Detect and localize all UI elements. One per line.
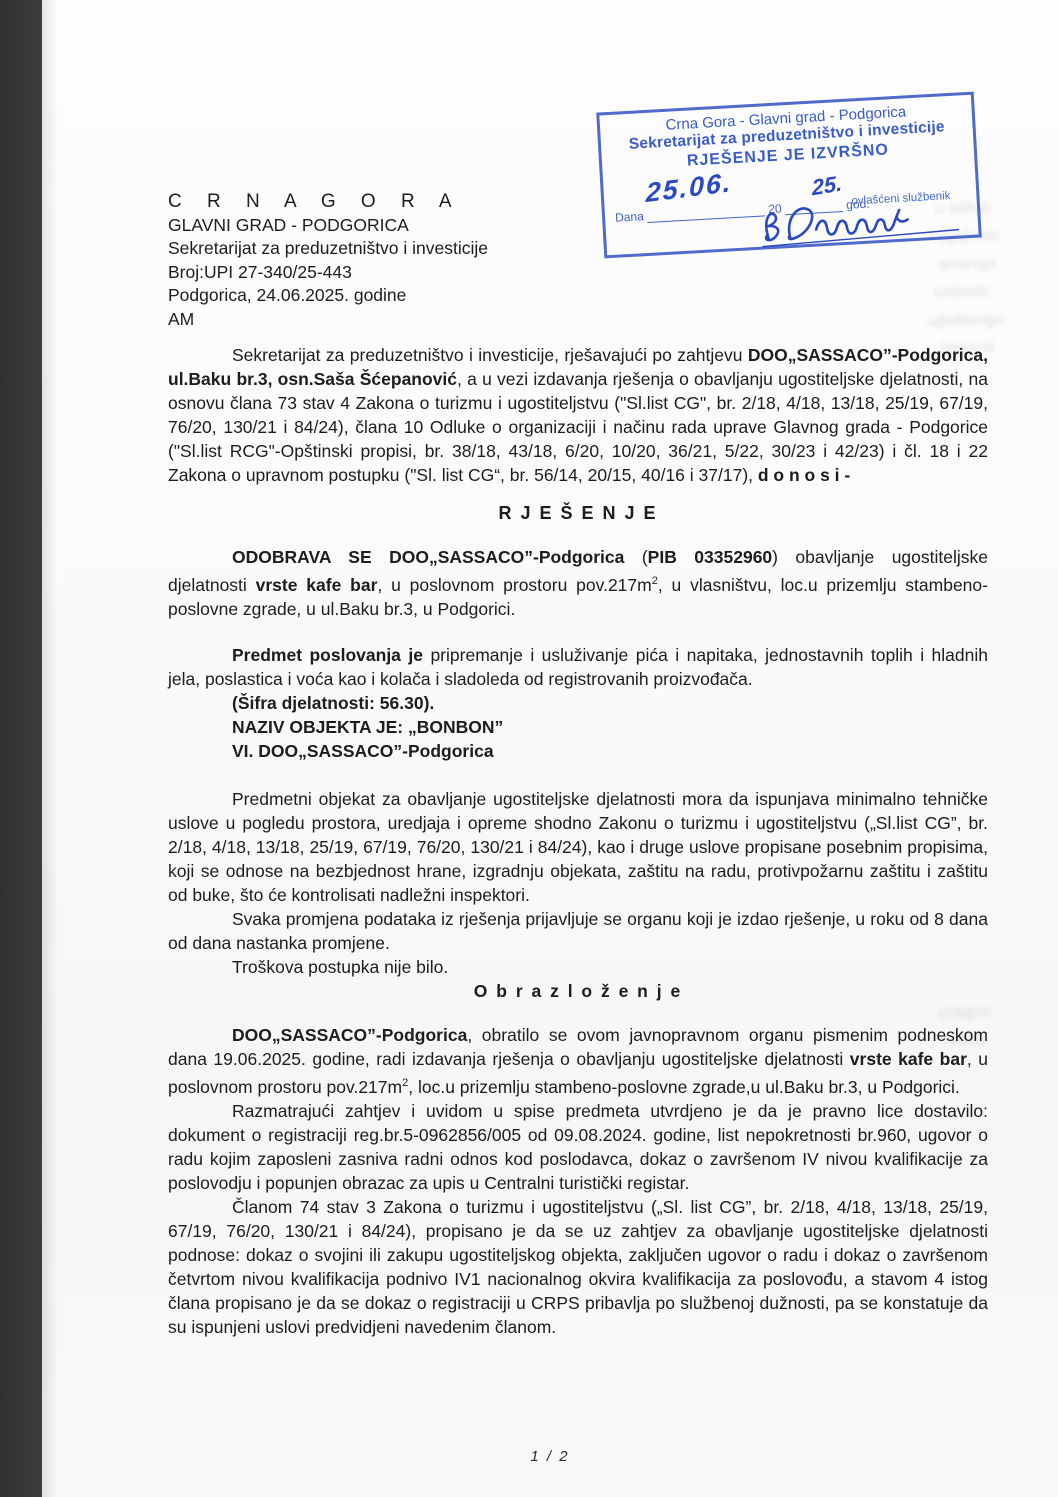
letterhead: C R N A G O R A GLAVNI GRAD - PODGORICA … — [168, 190, 988, 331]
text-run-subject-label: Predmet poslovanja je — [232, 645, 430, 665]
scanner-edge-band — [0, 0, 42, 1497]
text-run: Sekretarijat za preduzetništvo i investi… — [232, 345, 748, 365]
paragraph-costs: Troškova postupka nije bilo. — [168, 955, 988, 979]
letterhead-department: Sekretarijat za preduzetništvo i investi… — [168, 237, 988, 261]
letterhead-place-date: Podgorica, 24.06.2025. godine — [168, 284, 988, 308]
letterhead-country: C R N A G O R A — [168, 190, 988, 214]
text-run-company: DOO„SASSACO”-Podgorica — [232, 1025, 467, 1045]
text-run: , loc.u prizemlju stambeno-poslovne zgra… — [408, 1077, 960, 1097]
paragraph-request: DOO„SASSACO”-Podgorica, obratilo se ovom… — [168, 1023, 988, 1099]
text-run: , u poslovnom prostoru pov.217m — [377, 575, 651, 595]
paragraph-owner: VI. DOO„SASSACO”-Podgorica — [168, 739, 988, 763]
paragraph-review: Razmatrajući zahtjev i uvidom u spise pr… — [168, 1099, 988, 1195]
text-run-approved: ODOBRAVA SE DOO„SASSACO”-Podgorica — [232, 547, 642, 567]
text-run-pib: PIB 03352960 — [648, 547, 772, 567]
paragraph-article-74: Članom 74 stav 3 Zakona o turizmu i ugos… — [168, 1195, 988, 1339]
paragraph-change-notice: Svaka promjena podataka iz rješenja prij… — [168, 907, 988, 955]
paragraph-conditions: Predmetni objekat za obavljanje ugostite… — [168, 787, 988, 907]
decision-title: R J E Š E N J E — [168, 501, 988, 525]
letterhead-case-number: Broj:UPI 27-340/25-443 — [168, 261, 988, 285]
scanned-document-page: opšte u uredjaja i opreme shodno ugostit… — [0, 0, 1058, 1497]
letterhead-initials: AM — [168, 308, 988, 332]
document-body: C R N A G O R A GLAVNI GRAD - PODGORICA … — [168, 190, 988, 1339]
paragraph-approval: ODOBRAVA SE DOO„SASSACO”-Podgorica (PIB … — [168, 545, 988, 621]
text-run-type: vrste kafe bar — [256, 575, 378, 595]
paragraph-object-name: NAZIV OBJEKTA JE: „BONBON” — [168, 715, 988, 739]
text-run-donosi: d o n o s i - — [758, 465, 850, 485]
paragraph-business-subject: Predmet poslovanja je pripremanje i uslu… — [168, 643, 988, 691]
explanation-heading: O b r a z l o ž e n j e — [168, 979, 988, 1003]
paragraph-activity-code: (Šifra djelatnosti: 56.30). — [168, 691, 988, 715]
paragraph-intro: Sekretarijat za preduzetništvo i investi… — [168, 343, 988, 487]
letterhead-city: GLAVNI GRAD - PODGORICA — [168, 214, 988, 238]
page-number: 1 / 2 — [42, 1448, 1058, 1465]
text-run-type: vrste kafe bar — [850, 1049, 967, 1069]
paper-edge-shadow — [42, 0, 58, 1497]
